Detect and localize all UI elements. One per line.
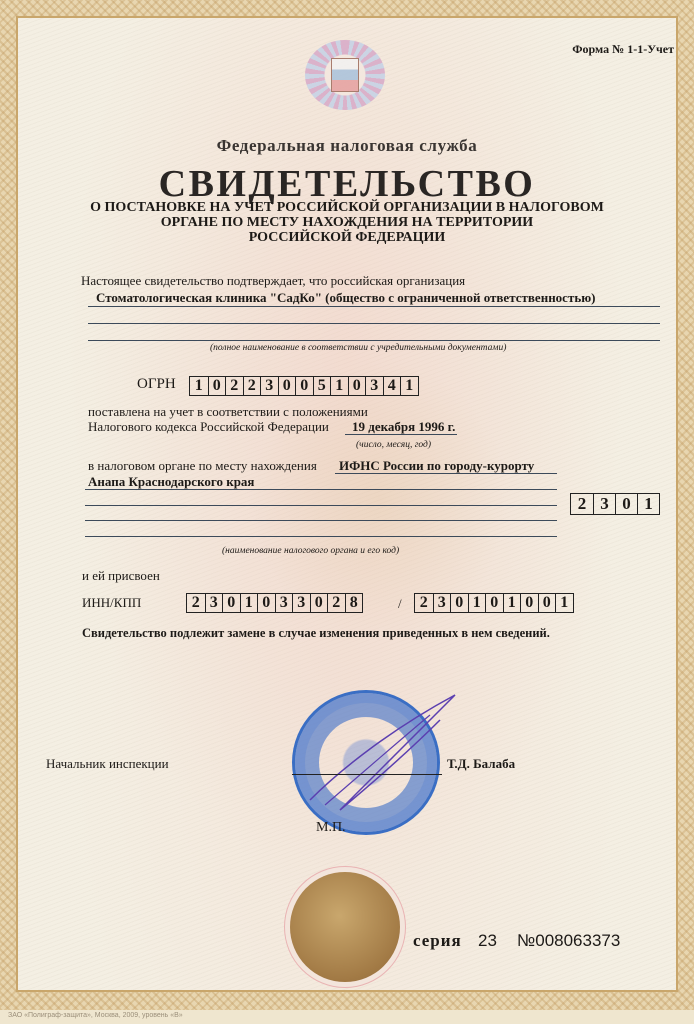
digit-box: 3 xyxy=(292,594,310,612)
registered-text-1: поставлена на учет в соответствии с поло… xyxy=(88,404,368,420)
digit-box: 0 xyxy=(538,594,556,612)
digit-box: 3 xyxy=(205,594,223,612)
seal-place-mark: М.П. xyxy=(316,820,346,836)
digit-box: 5 xyxy=(313,377,331,395)
field-line xyxy=(85,505,557,506)
registered-text-2: Налогового кодекса Российской Федерации xyxy=(88,419,329,435)
digit-box: 1 xyxy=(400,377,418,395)
date-caption: (число, месяц, год) xyxy=(356,440,431,450)
signature-icon xyxy=(300,690,470,840)
hologram-emblem-icon xyxy=(305,40,385,110)
tax-office-label: в налоговом органе по месту нахождения xyxy=(88,458,317,474)
field-line xyxy=(345,434,457,435)
digit-box: 2 xyxy=(187,594,205,612)
replacement-notice: Свидетельство подлежит замене в случае и… xyxy=(82,626,550,641)
form-number: Форма № 1-1-Учет xyxy=(572,42,674,57)
digit-box: 1 xyxy=(503,594,521,612)
tax-office-caption: (наименование налогового органа и его ко… xyxy=(222,546,399,556)
inn-kpp-label: ИНН/КПП xyxy=(82,595,141,611)
digit-box: 2 xyxy=(225,377,243,395)
digit-box: 2 xyxy=(327,594,345,612)
digit-box: 1 xyxy=(637,494,659,514)
coat-of-arms-icon xyxy=(331,58,359,92)
tax-office-line-2: Анапа Краснодарского края xyxy=(88,474,254,490)
organization-name: Стоматологическая клиника "СадКо" (общес… xyxy=(96,290,595,306)
digit-box: 2 xyxy=(243,377,261,395)
subtitle-line-2: ОРГАНЕ ПО МЕСТУ НАХОЖДЕНИЯ НА ТЕРРИТОРИИ xyxy=(0,215,694,230)
digit-box: 3 xyxy=(433,594,451,612)
digit-box: 0 xyxy=(348,377,366,395)
printer-info: ЗАО «Полиграф-защита», Москва, 2009, уро… xyxy=(8,1012,183,1019)
serial-number: №008063373 xyxy=(517,931,620,951)
digit-box: 1 xyxy=(190,377,208,395)
digit-box: 3 xyxy=(593,494,615,514)
organization-caption: (полное наименование в соответствии с уч… xyxy=(210,343,506,353)
digit-box: 3 xyxy=(275,594,293,612)
digit-box: 0 xyxy=(278,377,296,395)
digit-box: 2 xyxy=(571,494,593,514)
tax-office-line-1: ИФНС России по городу-курорту xyxy=(339,458,534,474)
digit-box: 0 xyxy=(310,594,328,612)
gold-eagle-seal-icon xyxy=(290,872,400,982)
digit-box: 0 xyxy=(257,594,275,612)
field-line xyxy=(85,536,557,537)
digit-box: 2 xyxy=(415,594,433,612)
subtitle-line-3: РОССИЙСКОЙ ФЕДЕРАЦИИ xyxy=(0,230,694,245)
field-line xyxy=(88,306,660,307)
assigned-text: и ей присвоен xyxy=(82,568,160,584)
digit-box: 3 xyxy=(260,377,278,395)
intro-text: Настоящее свидетельство подтверждает, чт… xyxy=(81,273,465,289)
digit-box: 3 xyxy=(365,377,383,395)
digit-box: 0 xyxy=(222,594,240,612)
digit-box: 0 xyxy=(208,377,226,395)
digit-box: 1 xyxy=(240,594,258,612)
kpp-digit-boxes: 230101001 xyxy=(414,593,574,613)
field-line xyxy=(85,489,557,490)
registration-date: 19 декабря 1996 г. xyxy=(352,419,455,435)
field-line xyxy=(335,473,557,474)
agency-name: Федеральная налоговая служба xyxy=(0,136,694,156)
digit-box: 0 xyxy=(615,494,637,514)
series-label: серия xyxy=(413,931,462,951)
digit-box: 1 xyxy=(555,594,573,612)
inn-kpp-separator: / xyxy=(398,596,402,612)
digit-box: 1 xyxy=(330,377,348,395)
field-line xyxy=(88,323,660,324)
ogrn-label: ОГРН xyxy=(137,376,176,393)
field-line xyxy=(88,340,660,341)
digit-box: 0 xyxy=(485,594,503,612)
series-value: 23 xyxy=(478,931,497,951)
ogrn-digit-boxes: 1022300510341 xyxy=(189,376,419,396)
digit-box: 0 xyxy=(295,377,313,395)
head-label: Начальник инспекции xyxy=(46,756,169,772)
inn-digit-boxes: 2301033028 xyxy=(186,593,363,613)
signature-line xyxy=(292,774,442,775)
digit-box: 1 xyxy=(468,594,486,612)
digit-box: 0 xyxy=(520,594,538,612)
head-name: Т.Д. Балаба xyxy=(447,756,515,772)
tax-office-code-boxes: 2301 xyxy=(570,493,660,515)
field-line xyxy=(85,520,557,521)
digit-box: 8 xyxy=(345,594,363,612)
document-subtitle: О ПОСТАНОВКЕ НА УЧЕТ РОССИЙСКОЙ ОРГАНИЗА… xyxy=(0,200,694,245)
digit-box: 0 xyxy=(450,594,468,612)
digit-box: 4 xyxy=(383,377,401,395)
subtitle-line-1: О ПОСТАНОВКЕ НА УЧЕТ РОССИЙСКОЙ ОРГАНИЗА… xyxy=(0,200,694,215)
